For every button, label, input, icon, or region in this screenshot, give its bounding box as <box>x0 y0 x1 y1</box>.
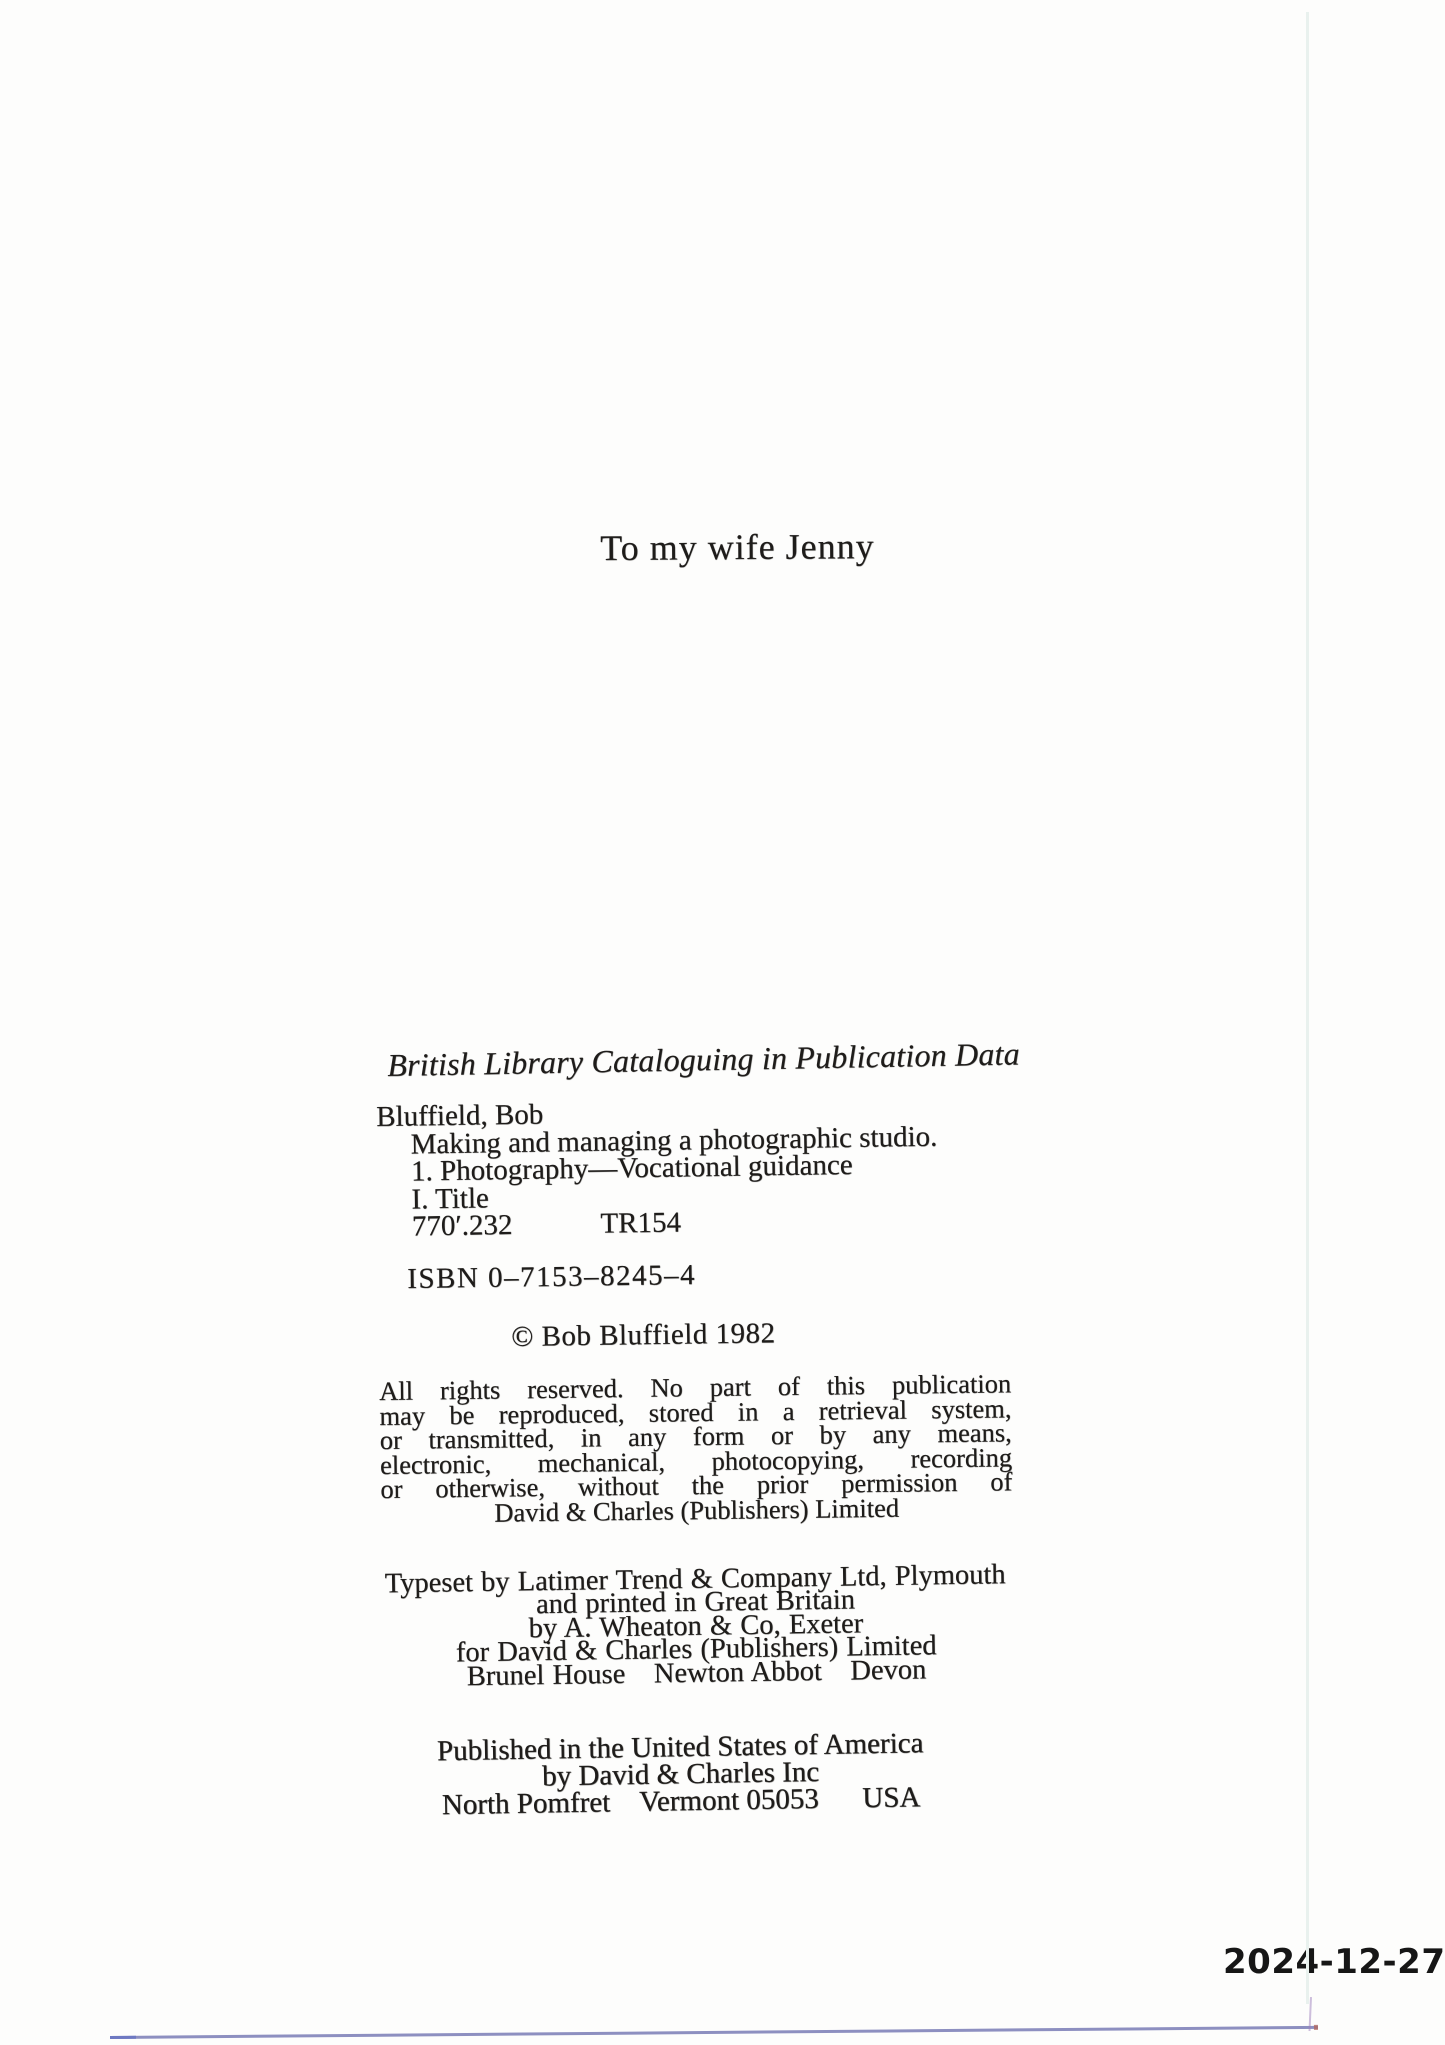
cip-block: Bluffield, Bob Making and managing a pho… <box>376 1096 939 1242</box>
scan-right-page-edge-line <box>1306 12 1309 2004</box>
imprint-block: Typeset by Latimer Trend & Company Ltd, … <box>344 1563 1048 1690</box>
scanned-book-copyright-page: To my wife Jenny British Library Catalog… <box>0 0 1445 2045</box>
isbn-line: ISBN 0–7153–8245–4 <box>407 1259 696 1296</box>
cip-heading: British Library Cataloguing in Publicati… <box>387 1035 1020 1084</box>
dedication-text: To my wife Jenny <box>600 525 875 569</box>
date-stamp: 2024-12-27 <box>1223 1942 1445 1982</box>
lc-class-number: TR154 <box>600 1207 681 1240</box>
scan-bottom-page-edge-line <box>110 2026 1318 2039</box>
dewey-number: 770′.232 <box>412 1209 513 1242</box>
cip-classification-line: 770′.232TR154 <box>412 1206 939 1241</box>
copyright-line: © Bob Bluffield 1982 <box>511 1317 776 1354</box>
us-publication-block: Published in the United States of Americ… <box>330 1728 1031 1821</box>
rights-paragraph: All rights reserved. No part of this pub… <box>379 1371 1013 1526</box>
